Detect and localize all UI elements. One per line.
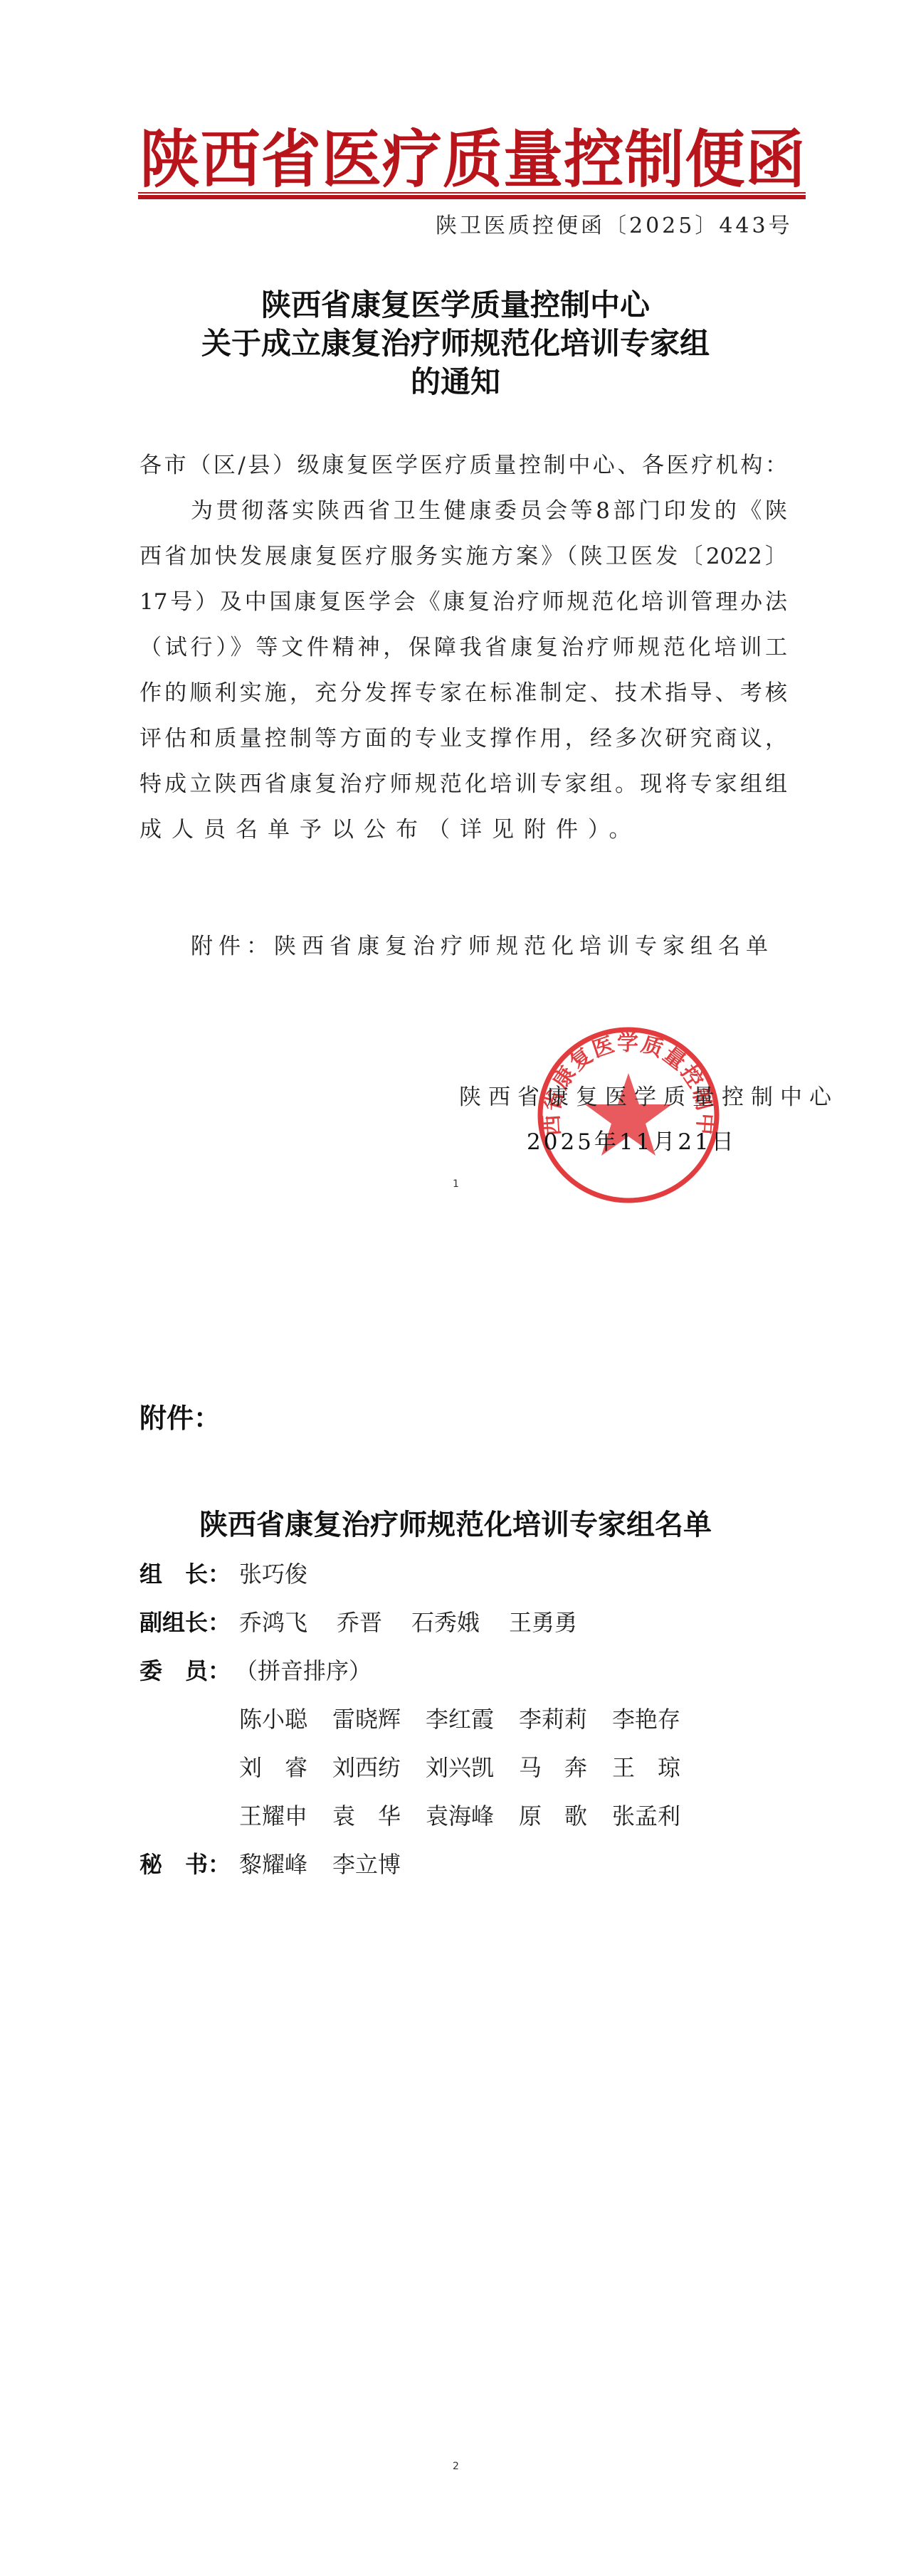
secretary-names: 黎耀峰 李立博 xyxy=(239,1849,426,1880)
member-name: 王耀申 xyxy=(239,1800,332,1832)
attachment-reference: 附件：陕西省康复治疗师规范化培训专家组名单 xyxy=(191,932,774,961)
member-name: 李立博 xyxy=(332,1849,426,1880)
member-name: 李莉莉 xyxy=(519,1704,612,1735)
members-label: 委 员： xyxy=(139,1655,231,1686)
letterhead-char: 便 xyxy=(685,124,745,196)
attachment-title: 陕西省康复治疗师规范化培训专家组名单 xyxy=(0,1507,911,1543)
official-seal-icon: 陕西省康复医学质量控制中心 xyxy=(535,1025,722,1205)
member-name: 马 奔 xyxy=(519,1752,612,1783)
member-name: 石秀娥 xyxy=(411,1607,509,1638)
deputy-leader-label: 副组长： xyxy=(139,1607,231,1638)
member-name: 王勇勇 xyxy=(509,1607,602,1638)
page-number: 2 xyxy=(453,2461,459,2472)
member-name: 刘西纺 xyxy=(332,1752,426,1783)
letterhead-rule-thick xyxy=(138,195,806,199)
body-paragraph-line: 评估和质量控制等方面的专业支撑作用，经多次研究商议， xyxy=(139,724,787,753)
members-row: 王耀申 袁 华 袁海峰 原 歌 张孟利 xyxy=(239,1800,705,1832)
body-paragraph-line: 为贯彻落实陕西省卫生健康委员会等8部门印发的《陕 xyxy=(191,497,787,525)
deputy-leader-names: 乔鸿飞 乔晋 石秀娥 王勇勇 xyxy=(239,1607,602,1638)
leader-label: 组 长： xyxy=(139,1558,231,1590)
letterhead-char: 量 xyxy=(503,124,564,196)
member-name: 雷晓辉 xyxy=(332,1704,426,1735)
body-paragraph-line: 17号）及中国康复医学会《康复治疗师规范化培训管理办法 xyxy=(139,588,787,616)
member-name: 李艳存 xyxy=(612,1704,705,1735)
page-number: 1 xyxy=(453,1178,459,1190)
member-name: 乔晋 xyxy=(337,1607,411,1638)
notice-title-line: 关于成立康复治疗师规范化培训专家组 xyxy=(0,326,911,361)
member-name: 刘兴凯 xyxy=(426,1752,519,1783)
attachment-label: 附件： xyxy=(139,1400,221,1436)
secretary-label: 秘 书： xyxy=(139,1849,231,1880)
letterhead-char: 疗 xyxy=(381,124,442,196)
body-paragraph-line: 特成立陕西省康复治疗师规范化培训专家组。现将专家组组 xyxy=(139,770,787,798)
signature-organization: 陕西省康复医学质量控制中心 xyxy=(459,1083,838,1112)
letterhead-char: 西 xyxy=(200,124,260,196)
member-name: 袁 华 xyxy=(332,1800,426,1832)
body-paragraph-line: （试行）》等文件精神，保障我省康复治疗师规范化培训工 xyxy=(139,633,787,662)
member-name: 乔鸿飞 xyxy=(239,1607,337,1638)
letterhead-char: 省 xyxy=(260,124,321,196)
member-name: 张巧俊 xyxy=(239,1558,332,1590)
members-row: 陈小聪 雷晓辉 李红霞 李莉莉 李艳存 xyxy=(239,1704,705,1735)
members-row: 刘 睿 刘西纺 刘兴凯 马 奔 王 琼 xyxy=(239,1752,705,1783)
member-name: 陈小聪 xyxy=(239,1704,332,1735)
members-note: （拼音排序） xyxy=(235,1655,372,1686)
letterhead-char: 医 xyxy=(321,124,381,196)
letterhead-char: 质 xyxy=(442,124,502,196)
member-name: 原 歌 xyxy=(519,1800,612,1832)
member-name: 王 琼 xyxy=(612,1752,705,1783)
body-paragraph-line: 作的顺利实施，充分发挥专家在标准制定、技术指导、考核 xyxy=(139,679,787,707)
member-name: 袁海峰 xyxy=(426,1800,519,1832)
body-paragraph-line: 成人员名单予以公布（详见附件）。 xyxy=(139,815,641,844)
document-number: 陕卫医质控便函〔2025〕443号 xyxy=(436,212,772,241)
member-name: 张孟利 xyxy=(612,1800,705,1832)
letterhead-char: 控 xyxy=(564,124,624,196)
notice-title-line: 陕西省康复医学质量控制中心 xyxy=(0,287,911,323)
letterhead-title: 陕 西 省 医 疗 质 量 控 制 便 函 xyxy=(139,125,806,194)
body-paragraph-line: 西省加快发展康复医疗服务实施方案》（陕卫医发〔2022〕 xyxy=(139,542,787,571)
member-name: 黎耀峰 xyxy=(239,1849,332,1880)
letterhead-char: 陕 xyxy=(139,124,200,196)
signature-date: 2025年11月21日 xyxy=(527,1128,737,1156)
letterhead-rule-thin xyxy=(138,192,806,194)
letterhead-char: 制 xyxy=(624,124,685,196)
member-name: 刘 睿 xyxy=(239,1752,332,1783)
leader-names: 张巧俊 xyxy=(239,1558,332,1590)
notice-title-line: 的通知 xyxy=(0,364,911,400)
letterhead-char: 函 xyxy=(745,124,806,196)
salutation: 各市（区/县）级康复医学医疗质量控制中心、各医疗机构： xyxy=(139,451,787,480)
member-name: 李红霞 xyxy=(426,1704,519,1735)
